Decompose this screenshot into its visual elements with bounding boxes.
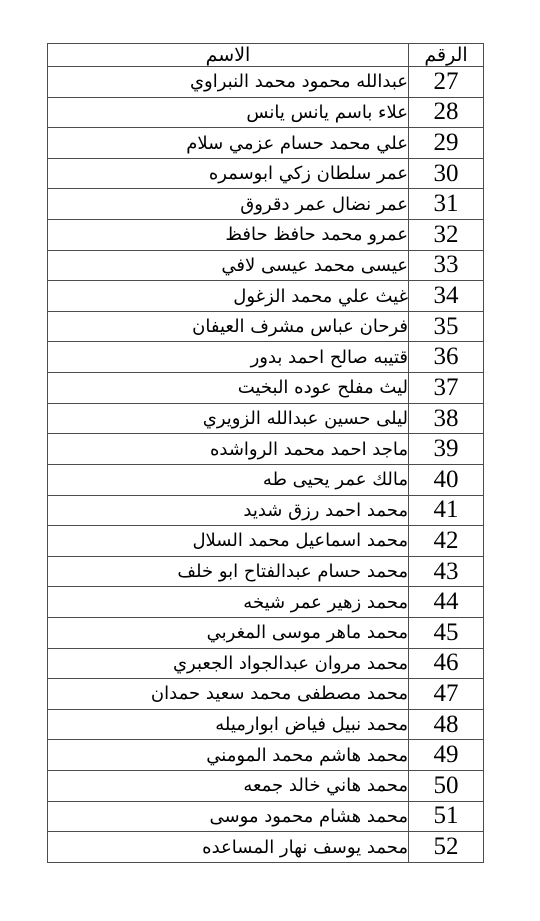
table-row: 49محمد هاشم محمد المومني <box>48 740 484 771</box>
table-row: 27عبدالله محمود محمد النبراوي <box>48 67 484 98</box>
table-row: 32عمرو محمد حافظ حافظ <box>48 220 484 251</box>
roster-table-body: 27عبدالله محمود محمد النبراوي28علاء باسم… <box>48 67 484 863</box>
row-number-cell: 33 <box>409 250 484 281</box>
table-row: 39ماجد احمد محمد الرواشده <box>48 434 484 465</box>
table-row: 42محمد اسماعيل محمد السلال <box>48 526 484 557</box>
row-name-cell: عبدالله محمود محمد النبراوي <box>48 67 409 98</box>
row-name-cell: محمد احمد رزق شديد <box>48 495 409 526</box>
table-row: 30عمر سلطان زكي ابوسمره <box>48 158 484 189</box>
row-name-cell: محمد هاشم محمد المومني <box>48 740 409 771</box>
row-number-cell: 32 <box>409 220 484 251</box>
row-number-cell: 48 <box>409 709 484 740</box>
row-number-cell: 47 <box>409 679 484 710</box>
row-number-cell: 51 <box>409 801 484 832</box>
row-name-cell: ليث مفلح عوده البخيت <box>48 373 409 404</box>
row-name-cell: عيسى محمد عيسى لافي <box>48 250 409 281</box>
table-row: 34غيث علي محمد الزغول <box>48 281 484 312</box>
table-row: 33عيسى محمد عيسى لافي <box>48 250 484 281</box>
row-name-cell: غيث علي محمد الزغول <box>48 281 409 312</box>
table-row: 40مالك عمر يحيى طه <box>48 464 484 495</box>
table-row: 29علي محمد حسام عزمي سلام <box>48 128 484 159</box>
header-row: الرقم الاسم <box>48 44 484 67</box>
row-name-cell: محمد اسماعيل محمد السلال <box>48 526 409 557</box>
row-number-cell: 39 <box>409 434 484 465</box>
table-row: 44محمد زهير عمر شيخه <box>48 587 484 618</box>
row-number-cell: 37 <box>409 373 484 404</box>
row-number-cell: 46 <box>409 648 484 679</box>
row-name-cell: محمد مروان عبدالجواد الجعبري <box>48 648 409 679</box>
row-number-cell: 49 <box>409 740 484 771</box>
table-row: 45محمد ماهر موسى المغربي <box>48 617 484 648</box>
row-number-cell: 29 <box>409 128 484 159</box>
row-name-cell: محمد زهير عمر شيخه <box>48 587 409 618</box>
row-name-cell: محمد حسام عبدالفتاح ابو خلف <box>48 556 409 587</box>
row-name-cell: محمد نبيل فياض ابوارميله <box>48 709 409 740</box>
row-name-cell: علاء باسم يانس يانس <box>48 97 409 128</box>
row-name-cell: عمر سلطان زكي ابوسمره <box>48 158 409 189</box>
table-row: 48محمد نبيل فياض ابوارميله <box>48 709 484 740</box>
row-number-cell: 44 <box>409 587 484 618</box>
row-number-cell: 38 <box>409 403 484 434</box>
table-row: 31عمر نضال عمر دقروق <box>48 189 484 220</box>
row-number-cell: 50 <box>409 771 484 802</box>
table-row: 43محمد حسام عبدالفتاح ابو خلف <box>48 556 484 587</box>
table-row: 52محمد يوسف نهار المساعده <box>48 832 484 863</box>
row-number-cell: 36 <box>409 342 484 373</box>
table-row: 41محمد احمد رزق شديد <box>48 495 484 526</box>
row-number-cell: 27 <box>409 67 484 98</box>
row-number-cell: 41 <box>409 495 484 526</box>
column-header-number: الرقم <box>409 44 484 67</box>
row-name-cell: محمد هشام محمود موسى <box>48 801 409 832</box>
row-number-cell: 28 <box>409 97 484 128</box>
row-number-cell: 42 <box>409 526 484 557</box>
row-number-cell: 35 <box>409 311 484 342</box>
row-name-cell: محمد هاني خالد جمعه <box>48 771 409 802</box>
table-row: 51محمد هشام محمود موسى <box>48 801 484 832</box>
roster-table: الرقم الاسم 27عبدالله محمود محمد النبراو… <box>47 43 484 863</box>
table-row: 35فرحان عباس مشرف العيفان <box>48 311 484 342</box>
row-name-cell: قتيبه صالح احمد بدور <box>48 342 409 373</box>
table-row: 46محمد مروان عبدالجواد الجعبري <box>48 648 484 679</box>
row-name-cell: محمد يوسف نهار المساعده <box>48 832 409 863</box>
table-row: 50محمد هاني خالد جمعه <box>48 771 484 802</box>
row-name-cell: محمد ماهر موسى المغربي <box>48 617 409 648</box>
column-header-name: الاسم <box>48 44 409 67</box>
row-number-cell: 30 <box>409 158 484 189</box>
row-name-cell: ليلى حسين عبدالله الزويري <box>48 403 409 434</box>
row-name-cell: فرحان عباس مشرف العيفان <box>48 311 409 342</box>
row-number-cell: 34 <box>409 281 484 312</box>
table-row: 28علاء باسم يانس يانس <box>48 97 484 128</box>
row-name-cell: عمرو محمد حافظ حافظ <box>48 220 409 251</box>
row-name-cell: علي محمد حسام عزمي سلام <box>48 128 409 159</box>
row-number-cell: 43 <box>409 556 484 587</box>
table-row: 36قتيبه صالح احمد بدور <box>48 342 484 373</box>
row-number-cell: 45 <box>409 617 484 648</box>
table-row: 47محمد مصطفى محمد سعيد حمدان <box>48 679 484 710</box>
table-row: 38ليلى حسين عبدالله الزويري <box>48 403 484 434</box>
row-name-cell: محمد مصطفى محمد سعيد حمدان <box>48 679 409 710</box>
row-number-cell: 52 <box>409 832 484 863</box>
row-name-cell: ماجد احمد محمد الرواشده <box>48 434 409 465</box>
document-page: الرقم الاسم 27عبدالله محمود محمد النبراو… <box>0 0 540 921</box>
row-number-cell: 31 <box>409 189 484 220</box>
row-number-cell: 40 <box>409 464 484 495</box>
table-row: 37ليث مفلح عوده البخيت <box>48 373 484 404</box>
row-name-cell: مالك عمر يحيى طه <box>48 464 409 495</box>
row-name-cell: عمر نضال عمر دقروق <box>48 189 409 220</box>
